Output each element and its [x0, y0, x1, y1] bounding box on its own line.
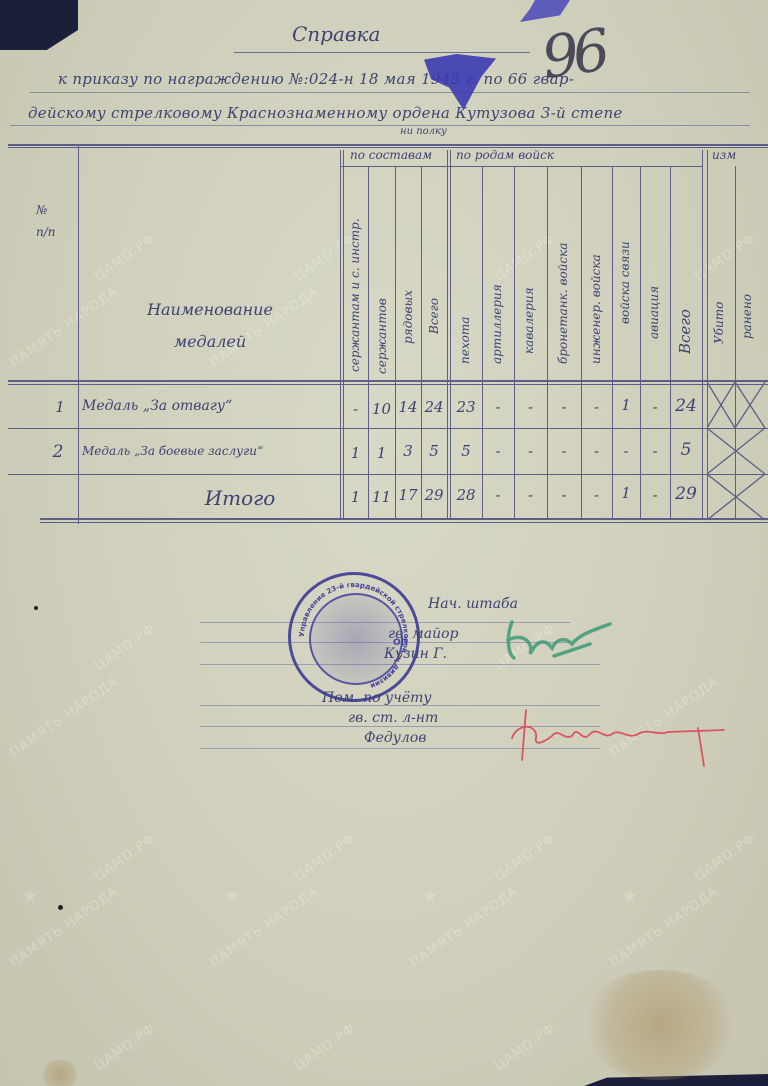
column-header: Всего [427, 254, 441, 334]
total-cell: - [581, 486, 612, 504]
table-cell: - [514, 442, 547, 460]
row-number: 2 [46, 442, 70, 462]
column-header: артиллерия [490, 244, 504, 364]
column-header: пехота [458, 274, 472, 364]
column-header: инженер. войска [589, 194, 603, 364]
table-cell: 14 [395, 398, 421, 416]
table-cell: 3 [395, 442, 421, 460]
watermark: ЦАМО.РФ [92, 831, 158, 884]
group-header-branches: по родам войск [456, 148, 554, 162]
paper-stain [40, 1060, 80, 1086]
ruled-line [30, 92, 750, 93]
paper-stain [580, 970, 740, 1080]
clerk-name: Федулов [364, 730, 426, 746]
table-cell: 1 [612, 396, 640, 414]
star-watermark-icon: ★ [422, 886, 438, 907]
total-label: Итого [170, 486, 310, 510]
watermark: ЦАМО.РФ [292, 1021, 358, 1074]
total-cell: 11 [368, 488, 395, 506]
crossed-out-cells [707, 382, 768, 522]
torn-corner [0, 0, 78, 50]
total-cell: 29 [421, 486, 447, 504]
document-page: ЦАМО.РФ ЦАМО.РФ ЦАМО.РФ ЦАМО.РФ ПАМЯТЬ Н… [0, 0, 768, 1086]
row-number: 1 [48, 398, 72, 416]
paper-hole [34, 606, 38, 610]
watermark: ЦАМО.РФ [92, 621, 158, 674]
table-cell: 1 [368, 444, 395, 462]
table-cell: - [547, 442, 581, 460]
table-cell: 10 [368, 400, 395, 418]
table-cell: 24 [421, 398, 447, 416]
clerk-rank: гв. ст. л-нт [348, 710, 438, 726]
table-cell: 5 [670, 440, 702, 460]
unit-name-line: дейскому стрелковому Краснознаменному ор… [28, 104, 623, 122]
chief-rank: гв. майор [388, 626, 459, 642]
table-cell: 23 [450, 398, 482, 416]
star-watermark-icon: ★ [622, 886, 638, 907]
total-cell: 1 [612, 484, 640, 502]
watermark: ЦАМО.РФ [292, 831, 358, 884]
total-cell: - [640, 486, 670, 504]
column-header: Убито [712, 264, 726, 344]
column-header: Всего [676, 244, 694, 354]
table-cell: - [514, 398, 547, 416]
total-cell: - [547, 486, 581, 504]
table-cell: 5 [450, 442, 482, 460]
paper-hole [58, 905, 63, 910]
table-cell: - [547, 398, 581, 416]
unit-name-continuation: ни полку [400, 126, 447, 137]
table-cell: - [640, 398, 670, 416]
column-header: кавалерия [522, 244, 536, 354]
total-cell: 29 [670, 484, 702, 504]
star-watermark-icon: ★ [22, 886, 38, 907]
table-cell: 5 [421, 442, 447, 460]
total-cell: 17 [395, 486, 421, 504]
ink-mark [520, 0, 570, 22]
chief-name: Кузин Г. [384, 646, 447, 662]
table-cell: - [482, 398, 514, 416]
total-cell: 28 [450, 486, 482, 504]
column-header: бронетанк. войска [556, 204, 570, 364]
column-header: сержантов [375, 224, 389, 374]
order-reference-line: к приказу по награждению №:024-н 18 мая … [58, 70, 574, 88]
table-cell: - [343, 400, 368, 418]
column-header-number: № п/п [36, 199, 56, 243]
table-cell: - [612, 442, 640, 460]
green-signature [494, 614, 614, 664]
watermark: ЦАМО.РФ [92, 1021, 158, 1074]
watermark: ЦАМО.РФ [492, 831, 558, 884]
title-underline [234, 52, 530, 53]
column-header-medal-name: Наименование медалей [110, 294, 310, 358]
document-title: Справка [292, 22, 380, 46]
table-cell: - [640, 442, 670, 460]
watermark: ЦАМО.РФ [492, 1021, 558, 1074]
clerk-title: Пом. по учёту [322, 690, 432, 706]
table-cell: 24 [670, 396, 702, 416]
table-cell: 1 [343, 444, 368, 462]
watermark: ЦАМО.РФ [692, 831, 758, 884]
column-header: авиация [647, 239, 661, 339]
star-watermark-icon: ★ [224, 886, 240, 907]
watermark: ПАМЯТЬ НАРОДА [7, 674, 121, 760]
medal-name: Медаль „За боевые заслуги“ [82, 444, 340, 458]
red-signature [508, 700, 728, 770]
total-cell: - [482, 486, 514, 504]
table-cell: - [581, 398, 612, 416]
table-cell: - [482, 442, 514, 460]
chief-title: Нач. штаба [428, 596, 518, 612]
column-header: рядовых [401, 234, 415, 344]
column-header: ранено [740, 239, 754, 339]
total-cell: 1 [343, 488, 368, 506]
medal-name: Медаль „За отвагу“ [82, 398, 338, 414]
awards-table: № п/п Наименование медалей по составам п… [0, 144, 768, 524]
table-cell: - [581, 442, 612, 460]
group-header-right: изм [712, 148, 736, 162]
ruled-line [10, 125, 750, 126]
column-header: сержантам и с. инстр. [348, 192, 362, 372]
column-header: войска связи [618, 204, 632, 324]
group-header-composition: по составам [350, 148, 432, 162]
total-cell: - [514, 486, 547, 504]
